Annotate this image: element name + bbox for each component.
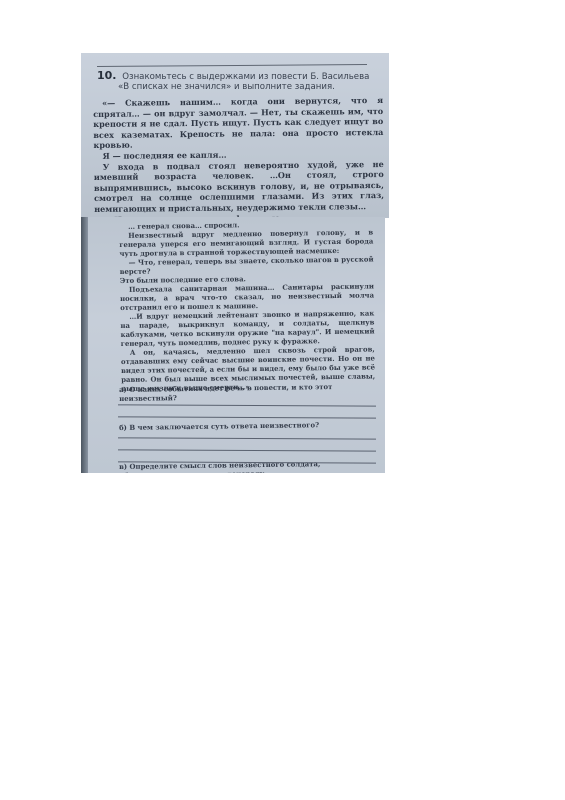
question-b: б) В чем заключается суть ответа неизвес… [119,420,374,433]
question-a: а) О каких событиях идет речь в повести,… [119,382,374,404]
excerpt-paragraph: У входа в подвал стоял невероятно худой,… [94,159,385,215]
excerpt-part1: «— Скажешь нашим… когда они вернутся, чт… [93,95,384,218]
answer-line [118,437,376,439]
answer-line [118,449,376,451]
answer-line [118,404,376,406]
task-heading: 10. Ознакомьтесь с выдержками из повести… [97,71,377,92]
task-title-line1: Ознакомьтесь с выдержками из повести Б. … [122,72,369,82]
excerpt-paragraph: «— Скажешь нашим… когда они вернутся, чт… [93,95,384,151]
excerpt-paragraph: …И вдруг немецкий лейтенант звонко и нап… [120,309,374,349]
answer-line [118,416,376,418]
top-rule [97,64,367,67]
textbook-photo-bottom: … генерал снова… спросил. Неизвестный вд… [81,217,385,473]
excerpt-paragraph: Подъехала санитарная машина… Санитары ра… [120,282,374,313]
question-c: в) Определите смысл слов неизвестного со… [119,459,374,473]
excerpt-part2: … генерал снова… спросил. Неизвестный вд… [119,219,375,394]
textbook-photo-top: 10. Ознакомьтесь с выдержками из повести… [81,53,389,218]
task-title-line2: «В списках не значился» и выполните зада… [97,82,377,92]
task-number: 10. [97,69,117,82]
excerpt-paragraph: Неизвестный вдруг медленно повернул голо… [119,228,373,259]
